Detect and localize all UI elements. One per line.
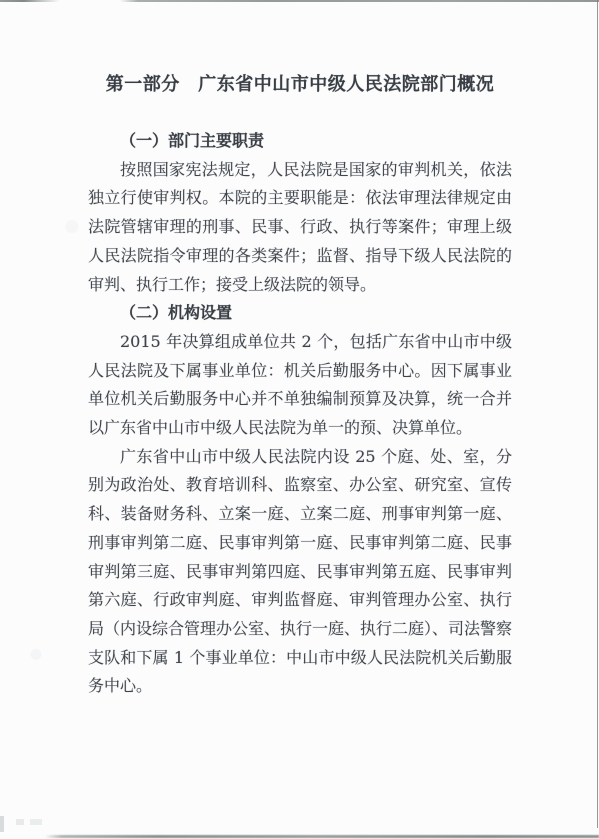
document-title: 第一部分 广东省中山市中级人民法院部门概况 (88, 70, 512, 99)
section-heading-2: （二）机构设置 (88, 299, 512, 328)
scan-edge-bottom (45, 835, 599, 838)
section-heading-1: （一）部门主要职责 (88, 127, 512, 156)
scan-edge-top (0, 0, 599, 2)
scanned-document-page: 第一部分 广东省中山市中级人民法院部门概况 （一）部门主要职责 按照国家宪法规定… (0, 0, 599, 839)
scan-edge-right (597, 0, 598, 828)
scan-smudge-marks (16, 819, 42, 825)
section-2-paragraph-2: 广东省中山市中级人民法院内设 25 个庭、处、室，分别为政治处、教育培训科、监察… (88, 443, 512, 701)
section-1-paragraph-1: 按照国家宪法规定，人民法院是国家的审判机关，依法独立行使审判权。本院的主要职能是… (88, 156, 512, 300)
scan-smudge-left (0, 816, 4, 832)
document-body: 第一部分 广东省中山市中级人民法院部门概况 （一）部门主要职责 按照国家宪法规定… (88, 70, 512, 701)
section-2-paragraph-1: 2015 年决算组成单位共 2 个，包括广东省中山市中级人民法院及下属事业单位：… (88, 328, 512, 443)
